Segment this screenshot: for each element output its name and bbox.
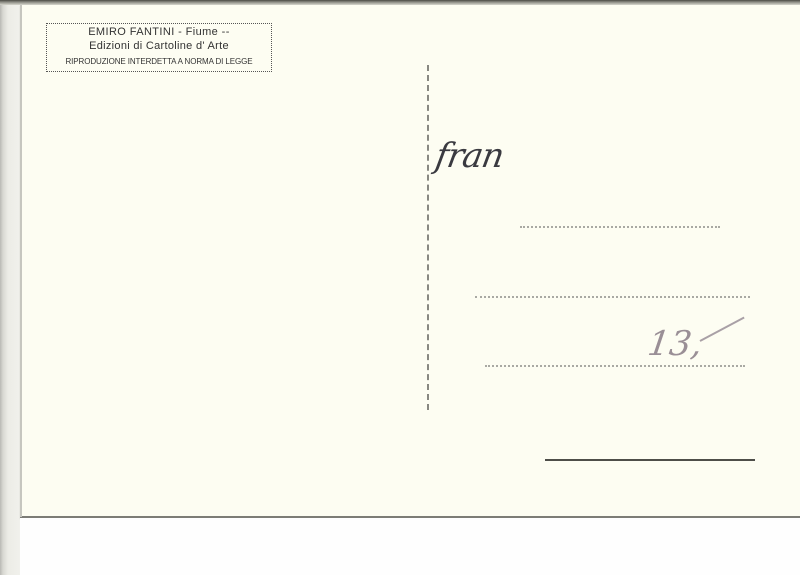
scan-left-edge [0, 0, 20, 575]
postcard-left-border [20, 5, 22, 517]
publisher-imprint: EMIRO FANTINI - Fiume -- Edizioni di Car… [46, 23, 272, 72]
address-line-2 [475, 296, 750, 298]
address-line-4 [545, 459, 755, 461]
address-line-3 [485, 365, 745, 367]
publisher-series: Edizioni di Cartoline d' Arte [47, 40, 271, 52]
postcard-back [20, 5, 800, 518]
scanner-bed [20, 518, 800, 575]
center-divider-line [427, 65, 429, 410]
address-line-1 [520, 226, 720, 228]
publisher-name: EMIRO FANTINI - Fiume -- [47, 26, 271, 38]
copyright-notice: RIPRODUZIONE INTERDETTA A NORMA DI LEGGE [47, 57, 271, 66]
handwritten-word: fran [432, 136, 506, 176]
handwritten-price: 13, [645, 324, 705, 364]
